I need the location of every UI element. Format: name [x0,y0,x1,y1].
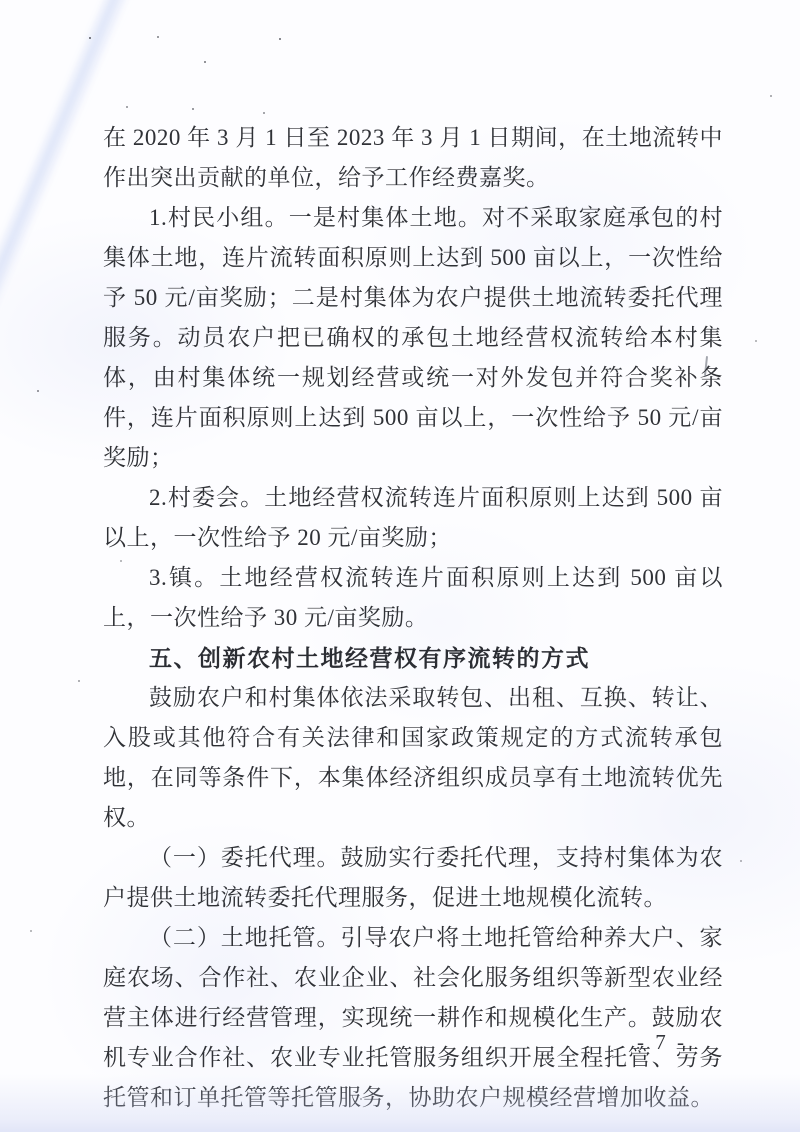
body-paragraph-item-3-town: 3.镇。土地经营权流转连片面积原则上达到 500 亩以上，一次性给予 30 元/… [103,558,723,638]
section-heading-five: 五、创新农村土地经营权有序流转的方式 [103,638,723,678]
body-paragraph-item-1-village-group: 1.村民小组。一是村集体土地。对不采取家庭承包的村集体土地，连片流转面积原则上达… [103,198,723,478]
body-paragraph-item-2-village-committee: 2.村委会。土地经营权流转连片面积原则上达到 500 亩以上，一次性给予 20 … [103,478,723,558]
document-body: 在 2020 年 3 月 1 日至 2023 年 3 月 1 日期间，在土地流转… [103,118,723,1118]
scan-noise-speckles [0,0,2,2]
body-paragraph-continuation: 在 2020 年 3 月 1 日至 2023 年 3 月 1 日期间，在土地流转… [103,118,723,198]
body-paragraph-encourage-transfer: 鼓励农户和村集体依法采取转包、出租、互换、转让、入股或其他符合有关法律和国家政策… [103,678,723,838]
page-number: - 7 - [637,1030,687,1055]
body-paragraph-sub-1-entrusted-agency: （一）委托代理。鼓励实行委托代理，支持村集体为农户提供土地流转委托代理服务，促进… [103,838,723,918]
body-paragraph-sub-2-land-trusteeship: （二）土地托管。引导农户将土地托管给种养大户、家庭农场、合作社、农业企业、社会化… [103,918,723,1118]
scanned-document-page: 在 2020 年 3 月 1 日至 2023 年 3 月 1 日期间，在土地流转… [0,0,800,1132]
